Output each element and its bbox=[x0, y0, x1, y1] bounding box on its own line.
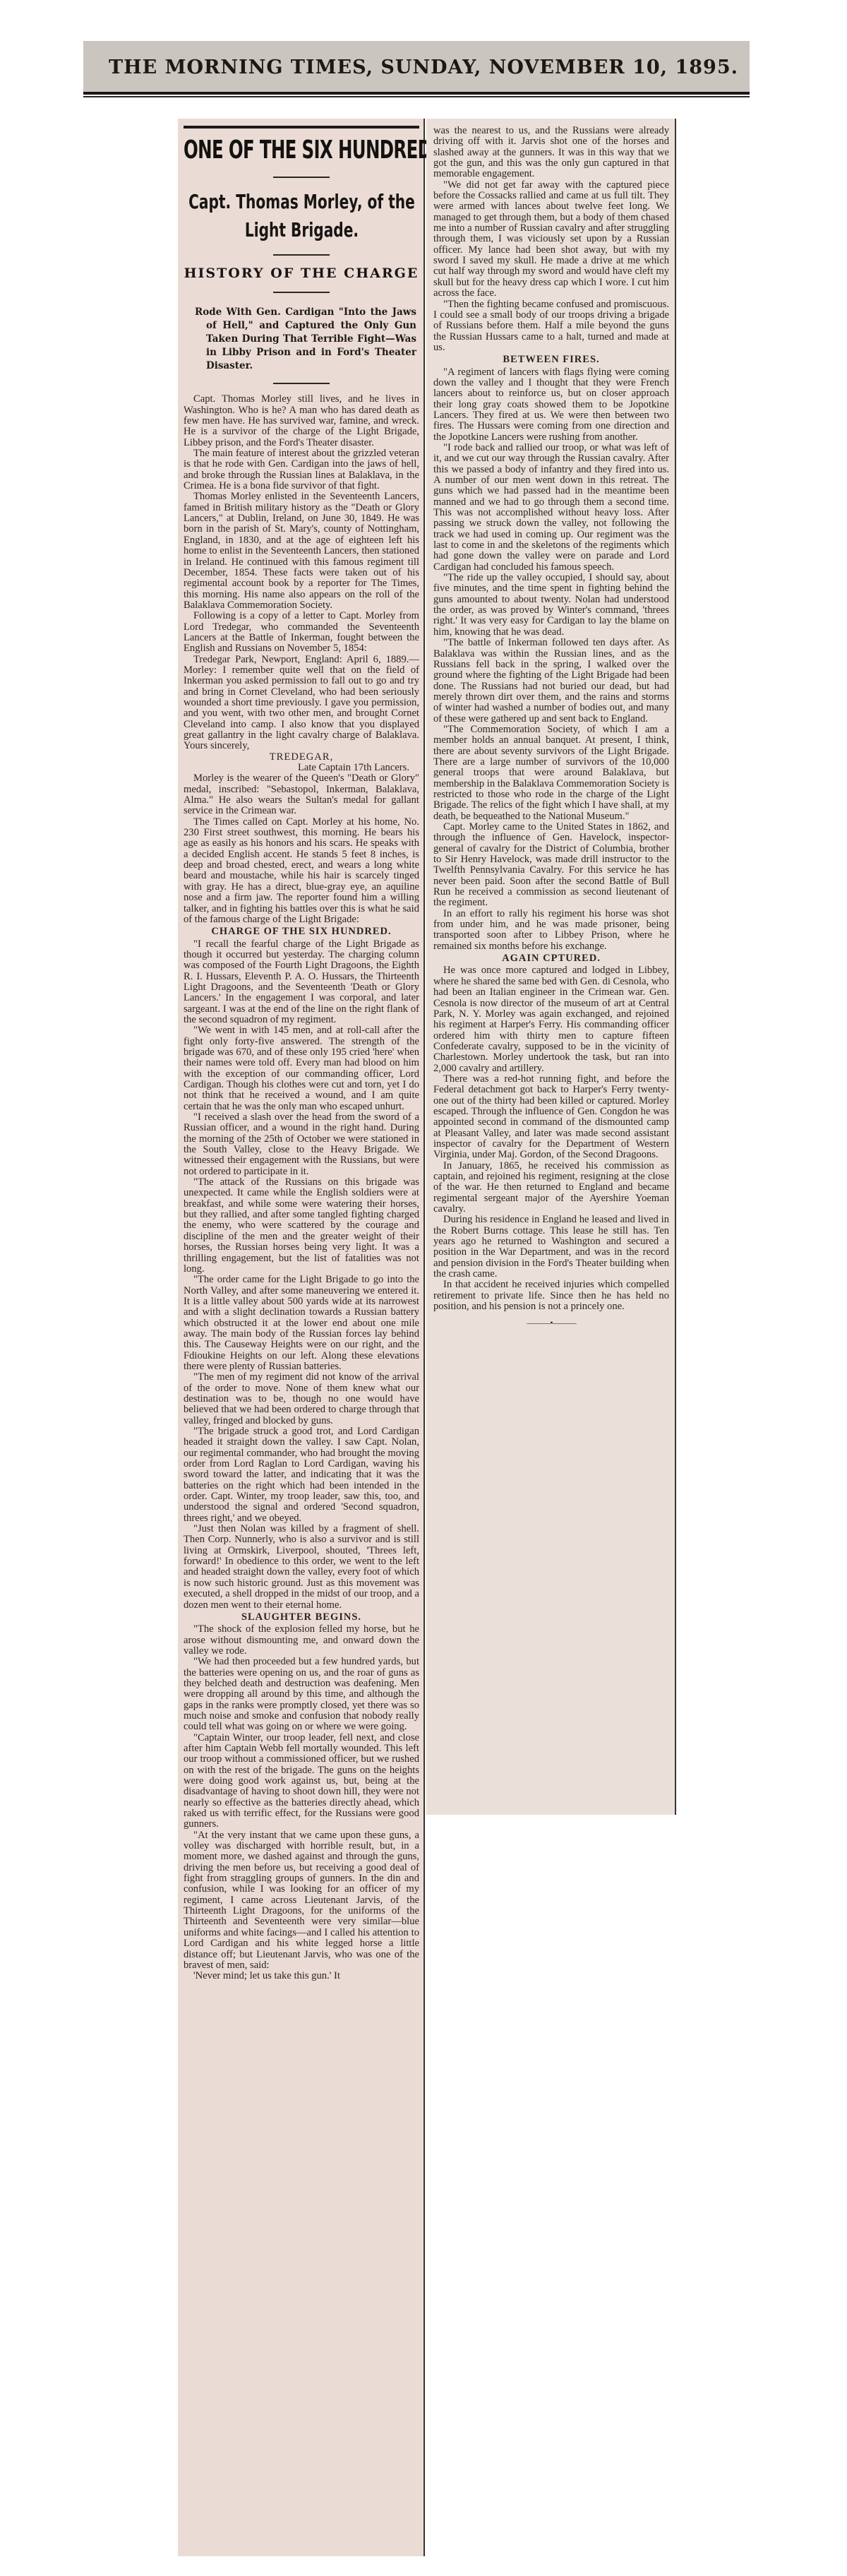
paragraph: was the nearest to us, and the Russians … bbox=[433, 126, 669, 180]
masthead-title: THE MORNING TIMES, SUNDAY, NOVEMBER 10, … bbox=[109, 56, 735, 78]
paragraph: "The men of my regiment did not know of … bbox=[184, 1372, 419, 1426]
paragraph: He was once more captured and lodged in … bbox=[433, 965, 669, 1073]
paragraph: "We had then proceeded but a few hundred… bbox=[184, 1657, 419, 1732]
paragraph: "The Commemoration Society, of which I a… bbox=[433, 724, 669, 822]
letter-signature: TREDEGAR, bbox=[184, 752, 419, 763]
paragraph: "The battle of Inkerman followed ten day… bbox=[433, 638, 669, 724]
divider-rule bbox=[273, 383, 330, 384]
paragraph: Thomas Morley enlisted in the Seventeent… bbox=[184, 491, 419, 611]
section-heading: HISTORY OF THE CHARGE bbox=[184, 268, 419, 279]
divider-rule bbox=[273, 254, 330, 256]
paragraph: "The attack of the Russians on this brig… bbox=[184, 1177, 419, 1275]
subsection-heading: BETWEEN FIRES. bbox=[433, 354, 669, 365]
paragraph: In January, 1865, he received his commis… bbox=[433, 1161, 669, 1215]
paragraph: "I received a slash over the head from t… bbox=[184, 1112, 419, 1177]
paragraph: "The order came for the Light Brigade to… bbox=[184, 1275, 419, 1372]
subsection-heading: AGAIN CPTURED. bbox=[433, 953, 669, 964]
paragraph: "A regiment of lancers with flags flying… bbox=[433, 367, 669, 443]
subsection-heading: SLAUGHTER BEGINS. bbox=[184, 1612, 419, 1623]
paragraph: "The ride up the valley occupied, I shou… bbox=[433, 573, 669, 638]
divider-rule bbox=[273, 292, 330, 293]
paragraph: Tredegar Park, Newport, England: April 6… bbox=[184, 655, 419, 752]
paragraph: 'Never mind; let us take this gun.' It bbox=[184, 1971, 419, 1981]
paragraph: "Just then Nolan was killed by a fragmen… bbox=[184, 1524, 419, 1611]
paragraph: During his residence in England he lease… bbox=[433, 1215, 669, 1280]
end-ornament: ———•——— bbox=[433, 1318, 669, 1328]
paragraph: Morley is the wearer of the Queen's "Dea… bbox=[184, 773, 419, 816]
divider-rule bbox=[273, 177, 330, 178]
paragraph: "At the very instant that we came upon t… bbox=[184, 1830, 419, 1971]
paragraph: Following is a copy of a letter to Capt.… bbox=[184, 611, 419, 654]
paragraph: "The brigade struck a good trot, and Lor… bbox=[184, 1426, 419, 1524]
paragraph: Capt. Morley came to the United States i… bbox=[433, 822, 669, 909]
paragraph: "We did not get far away with the captur… bbox=[433, 180, 669, 299]
article-deck: Rode With Gen. Cardigan "Into the Jaws o… bbox=[191, 306, 416, 373]
left-column-body: Capt. Thomas Morley still lives, and he … bbox=[184, 394, 419, 1981]
paragraph: Capt. Thomas Morley still lives, and he … bbox=[184, 394, 419, 448]
paragraph: In that accident he received injuries wh… bbox=[433, 1280, 669, 1312]
paragraph: "The shock of the explosion felled my ho… bbox=[184, 1624, 419, 1657]
letter-signature-title: Late Captain 17th Lancers. bbox=[184, 763, 419, 773]
right-column-body: was the nearest to us, and the Russians … bbox=[433, 126, 669, 1312]
paragraph: "I recall the fearful charge of the Ligh… bbox=[184, 939, 419, 1026]
subsection-heading: CHARGE OF THE SIX HUNDRED. bbox=[184, 926, 419, 937]
paragraph: "We went in with 145 men, and at roll-ca… bbox=[184, 1025, 419, 1112]
paragraph: In an effort to rally his regiment his h… bbox=[433, 909, 669, 952]
paragraph: The Times called on Capt. Morley at his … bbox=[184, 817, 419, 925]
article-headline: ONE OF THE SIX HUNDRED bbox=[184, 134, 419, 167]
paragraph: "Captain Winter, our troop leader, fell … bbox=[184, 1733, 419, 1830]
paragraph: "Then the fighting became confused and p… bbox=[433, 299, 669, 354]
article-column-left: ONE OF THE SIX HUNDRED Capt. Thomas Morl… bbox=[178, 119, 425, 2556]
article-column-right: was the nearest to us, and the Russians … bbox=[426, 119, 676, 1815]
newspaper-masthead: THE MORNING TIMES, SUNDAY, NOVEMBER 10, … bbox=[83, 41, 750, 95]
paragraph: "I rode back and rallied our troop, or w… bbox=[433, 443, 669, 573]
paragraph: There was a red-hot running fight, and b… bbox=[433, 1074, 669, 1161]
top-rule bbox=[184, 126, 419, 129]
article-subhead: Capt. Thomas Morley, of the Light Brigad… bbox=[184, 188, 419, 244]
paragraph: The main feature of interest about the g… bbox=[184, 448, 419, 491]
